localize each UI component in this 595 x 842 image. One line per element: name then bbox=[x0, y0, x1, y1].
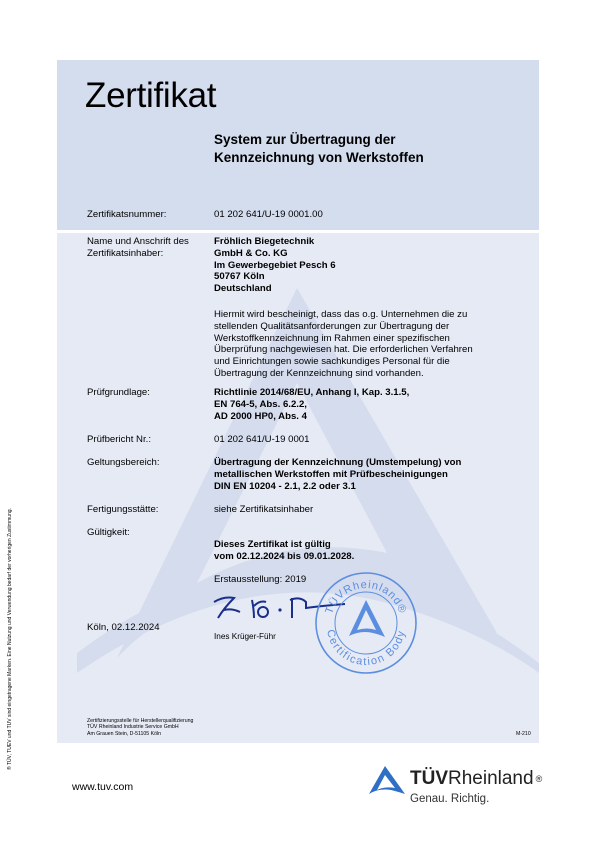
certification-statement: Hiermit wird bescheinigt, dass das o.g. … bbox=[214, 309, 544, 380]
certificate-title: Zertifikat bbox=[85, 74, 216, 118]
scope-label: Geltungsbereich: bbox=[87, 457, 212, 469]
report-value: 01 202 641/U-19 0001 bbox=[214, 434, 544, 446]
issuer-address: Zertifizierungsstelle für Herstellerqual… bbox=[87, 718, 193, 737]
svg-text:TÜVRheinland®: TÜVRheinland® bbox=[323, 579, 408, 616]
holder-label: Name und Anschrift des Zertifikatsinhabe… bbox=[87, 236, 212, 260]
scope-value: Übertragung der Kennzeichnung (Umstempel… bbox=[214, 457, 544, 492]
website-link[interactable]: www.tuv.com bbox=[72, 781, 133, 793]
basis-value: Richtlinie 2014/68/EU, Anhang I, Kap. 3.… bbox=[214, 387, 544, 422]
report-label: Prüfbericht Nr.: bbox=[87, 434, 212, 446]
trademark-note: ® TÜV, TUEV und TUV sind eingetragene Ma… bbox=[7, 508, 13, 770]
brand-tagline: Genau. Richtig. bbox=[410, 793, 489, 805]
holder-address: Fröhlich Biegetechnik GmbH & Co. KG Im G… bbox=[214, 236, 544, 295]
svg-text:Certification Body: Certification Body bbox=[324, 628, 408, 668]
registered-mark: ® bbox=[536, 774, 543, 784]
brand-bold: TÜV bbox=[410, 768, 448, 789]
site-value: siehe Zertifikatsinhaber bbox=[214, 504, 544, 516]
certificate-number-value: 01 202 641/U-19 0001.00 bbox=[214, 209, 544, 221]
form-code: M-210 bbox=[516, 731, 531, 737]
tuv-logo-icon bbox=[369, 766, 405, 796]
signatory-name: Ines Krüger-Führ bbox=[214, 632, 276, 641]
brand-wordmark: TÜVRheinland® bbox=[410, 769, 542, 789]
brand-regular: Rheinland bbox=[448, 768, 534, 789]
certificate-subtitle: System zur Übertragung der Kennzeichnung… bbox=[214, 131, 424, 167]
first-issue: Erstausstellung: 2019 bbox=[214, 574, 306, 585]
basis-label: Prüfgrundlage: bbox=[87, 387, 212, 399]
certificate-number-label: Zertifikatsnummer: bbox=[87, 209, 212, 221]
validity-value: Dieses Zertifikat ist gültig vom 02.12.2… bbox=[214, 539, 544, 563]
validity-label: Gültigkeit: bbox=[87, 527, 212, 539]
site-label: Fertigungsstätte: bbox=[87, 504, 212, 516]
certification-stamp-icon: TÜVRheinland® Certification Body bbox=[313, 570, 419, 676]
place-date: Köln, 02.12.2024 bbox=[87, 622, 160, 633]
